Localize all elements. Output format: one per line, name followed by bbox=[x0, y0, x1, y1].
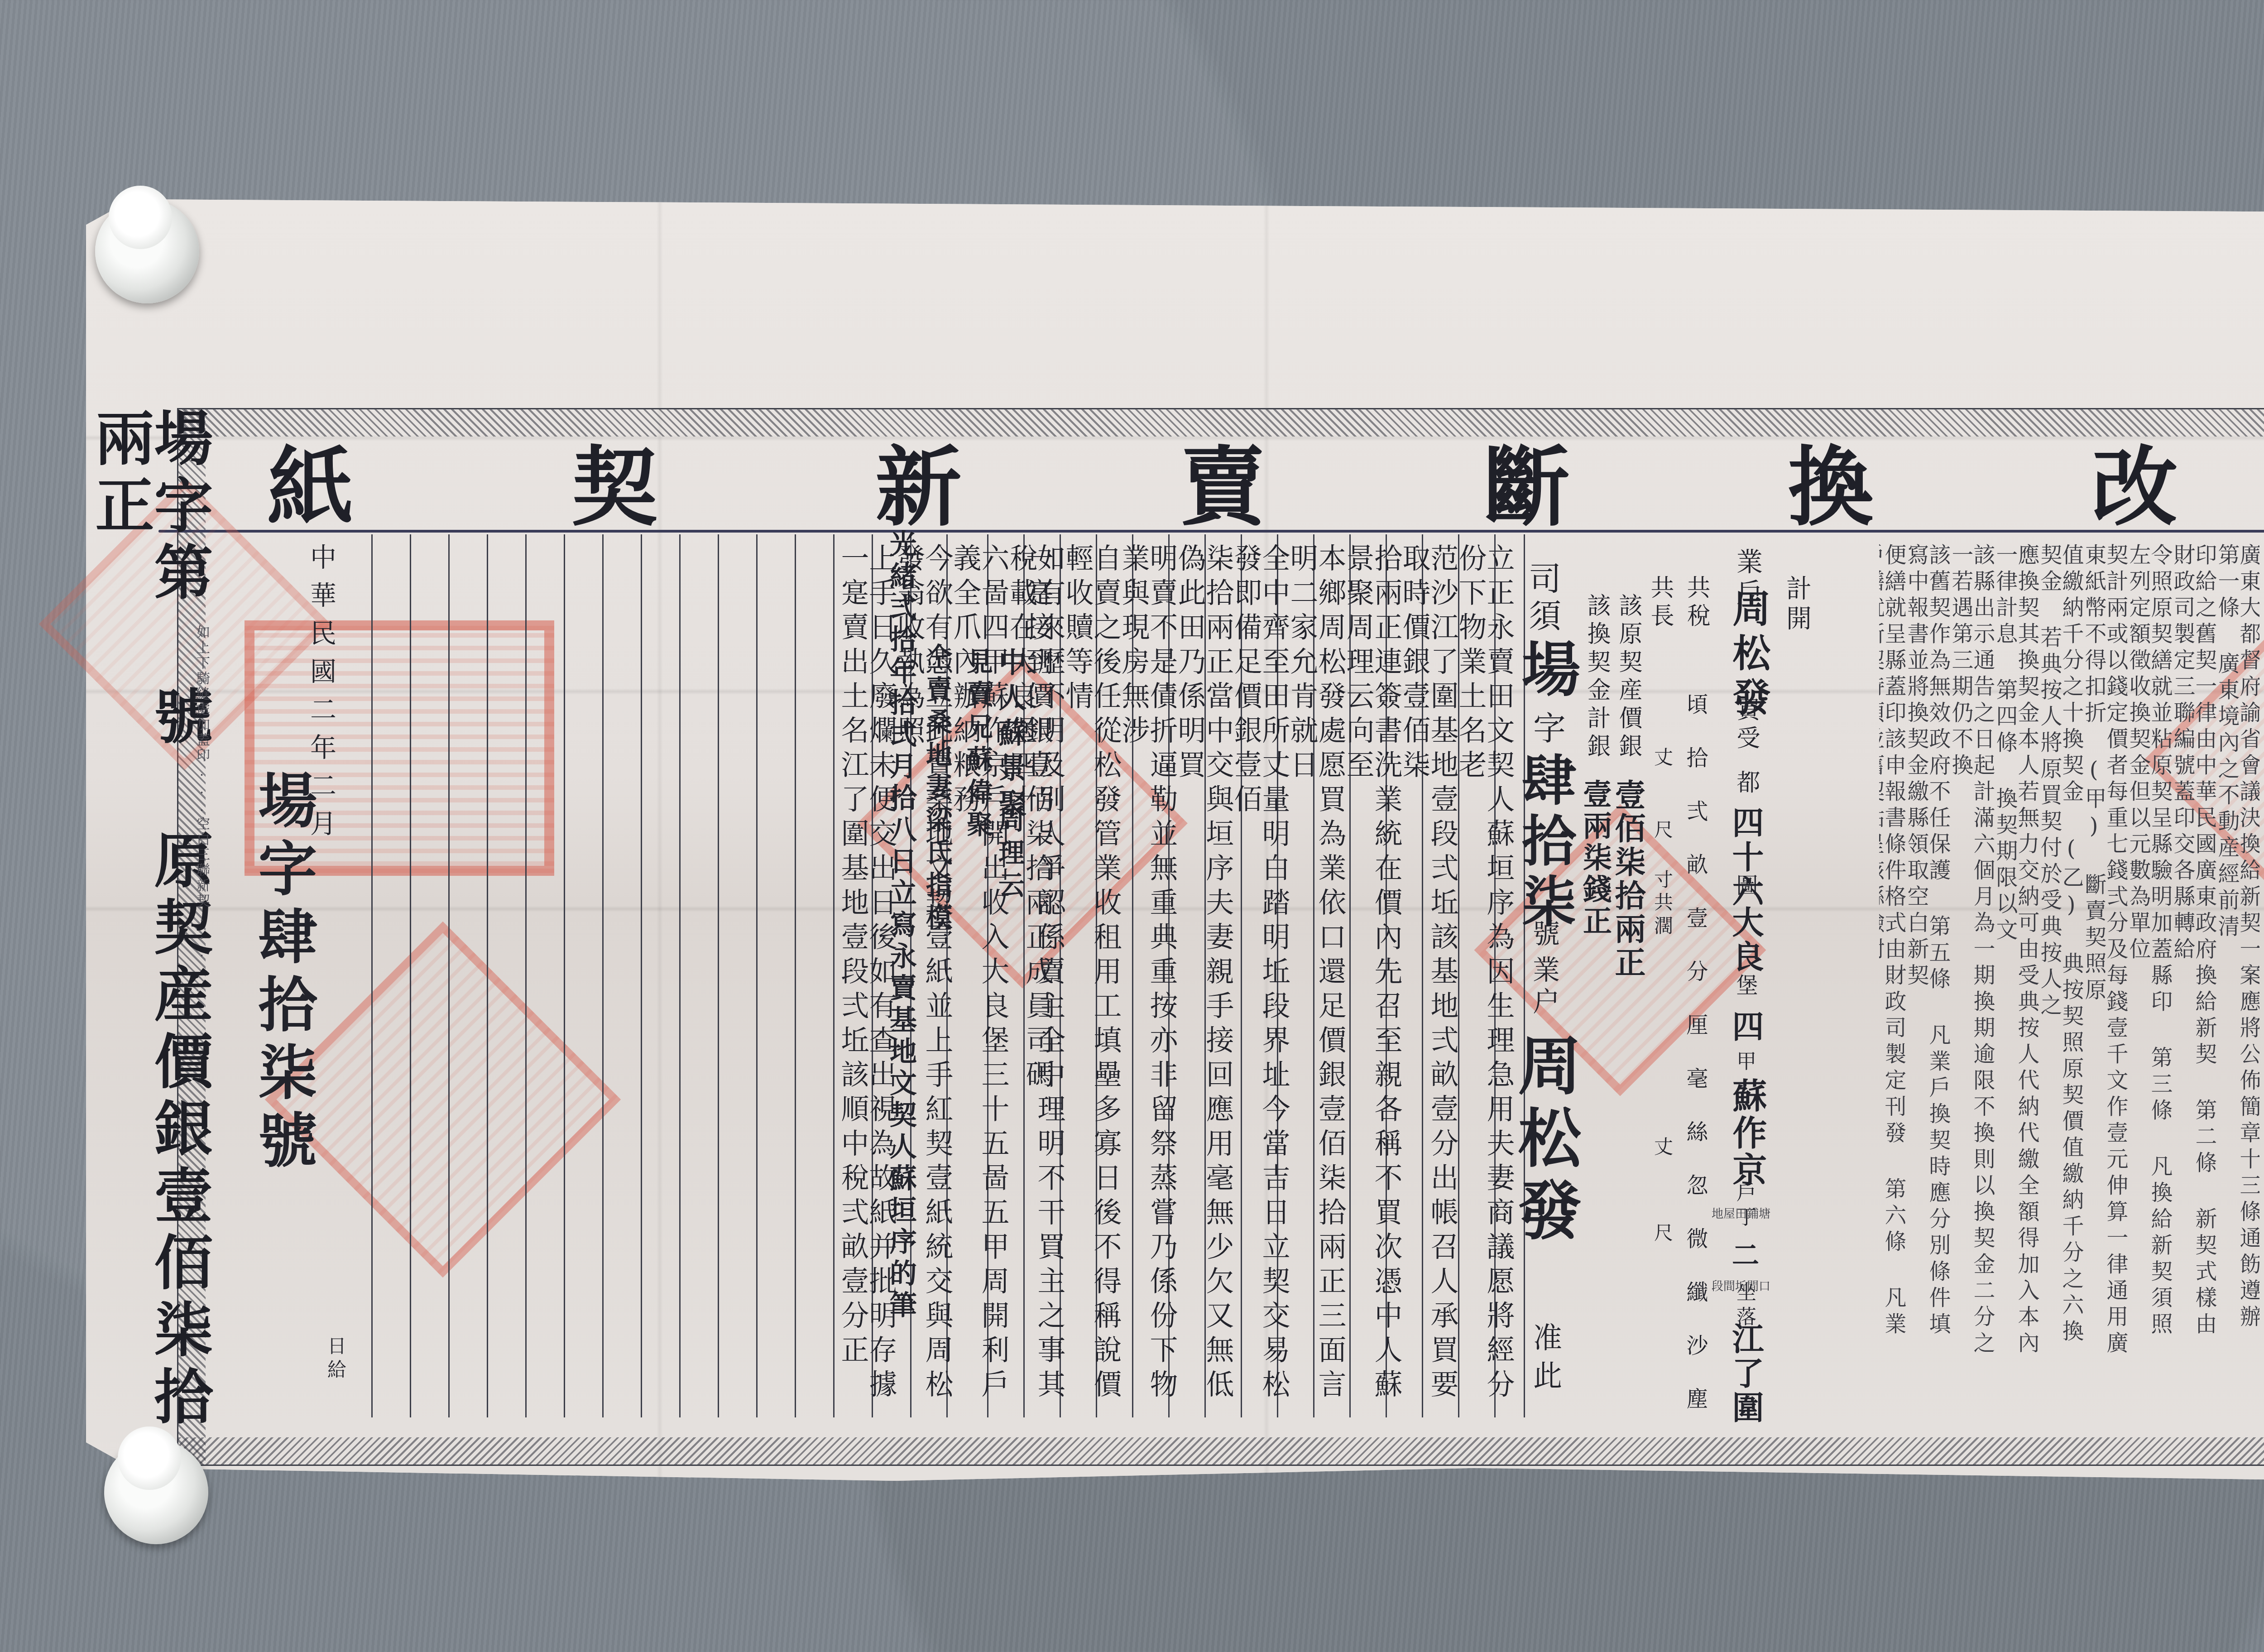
contract-column: 本鄉周松發處愿買為業依口還足價銀壹佰柒拾兩正三面言明二家允肯就日 bbox=[1288, 543, 1344, 1417]
title-char: 紙 bbox=[268, 418, 354, 542]
regulation-column: 值繳納千分之十換契金 (乙) 典按契照原契價值繳納千分之六換契金 若典按人將原買… bbox=[2039, 543, 2082, 1359]
jia-value: 四 bbox=[1730, 1010, 1761, 1042]
contract-column: 立正永賣田文契人蘇垣序為因生理急用夫妻商議愿將經分份下物業土名老 bbox=[1456, 543, 1512, 1417]
owner-name-large: 周松發 bbox=[1512, 1032, 1576, 1250]
contract-column: 拾兩正連簽書洗業統在價內先召至親各稱不買次憑中人蘇景聚周理云向至 bbox=[1344, 543, 1400, 1417]
type-labels: 地屋田鋪塘 bbox=[1712, 1205, 1770, 1221]
witness-wife: 仝賣桑地妻梁氏指模 bbox=[924, 643, 950, 936]
regulation-column: 該縣出示通告之日起計滿六個月為一期換期逾限不換則以換契金二分之一若遇第三期仍不換 bbox=[1950, 543, 1993, 1359]
buyer-verb: 買受 bbox=[1734, 697, 1758, 754]
pin-bottom-left bbox=[104, 1440, 208, 1544]
title-char: 斷 bbox=[1483, 418, 1569, 542]
witness-brother: 見賣兄蘇偉聚 bbox=[964, 648, 991, 843]
contract-column: 范沙江了圍基地壹段弍坵該基地弍畝壹分出帳召人承買要取時價銀壹佰柒 bbox=[1400, 543, 1456, 1417]
deed-title: 改 換 斷 賣 新 契 紙 bbox=[158, 421, 2264, 539]
regulation-column: 便繕就呈縣蓋印該申報書條件格式由財政司製定刊發 第六條 凡業戶繕就新契時須並舊契… bbox=[1879, 543, 1904, 1359]
title-char: 換 bbox=[1788, 418, 1874, 542]
contract-column: 一寔賣出土名江了圍基地壹段弍坵該順中稅弍畝壹分正 bbox=[839, 543, 867, 1417]
left-stub-text: 場字第 號 原契産價銀壹佰柒拾兩正 bbox=[91, 408, 208, 1449]
chi-unit: 尺 bbox=[1653, 1223, 1672, 1246]
regulation-column: 契計兩或以錢定價者每重七錢弍分及每錢壹千文作壹元伸算一律通用廣東紙幣不得扣折 (… bbox=[2083, 543, 2126, 1359]
jia-label: 甲 bbox=[1734, 1051, 1754, 1075]
tu-label: 圖 bbox=[1734, 874, 1756, 900]
regulation-column: 該舊契作為無效政府不任保護 第五條 凡業戶換契時應分別條件填寫中報書並將換契金繳… bbox=[1905, 543, 1949, 1359]
cun-unit: 寸 bbox=[1653, 869, 1672, 893]
tax-units: 頃拾弍畝壹分厘毫絲忽微纖沙塵 bbox=[1684, 693, 1706, 1441]
witness-middleman-2: 周理云 bbox=[996, 806, 1022, 904]
regulation-column: 令照原契繕就並粘原契呈縣驗明加蓋縣印 第三條 凡換給新契須照左列定額徵收換契金但… bbox=[2127, 543, 2171, 1359]
bao-label: 堡 bbox=[1734, 974, 1756, 1000]
contract-column: 自賣之後任從松發管業收租用工填壘多寡日後不得稱說價輕收贖等情 bbox=[1063, 543, 1119, 1417]
zhang-unit: 丈 bbox=[1653, 1137, 1672, 1160]
title-char: 新 bbox=[876, 418, 962, 542]
contract-column: 全中齊至田所丈量明白踏明坵段界址今當吉日立契交易松發即備足價銀壹佰 bbox=[1232, 543, 1288, 1417]
type-value: 二 bbox=[1730, 1241, 1757, 1268]
village-value: 大良 bbox=[1730, 906, 1761, 975]
chi-unit: 尺 bbox=[1653, 820, 1672, 843]
registry-code: 場 bbox=[1517, 639, 1576, 697]
contract-column: 明賣不是債折逼勒並無重典重按亦非留祭蒸嘗乃係份下物業與現房無涉 bbox=[1119, 543, 1175, 1417]
contract-column: 一寔接到價銀壹佰柒拾兩正成員司碼 bbox=[1023, 543, 1051, 1094]
registry-number: 肆拾柒 bbox=[1517, 752, 1571, 934]
registry-code-suffix: 字 bbox=[1530, 711, 1563, 748]
regulation-column: 印給之舊契一律由中華民國廣東政府換給新契 第二條 新契式樣由財政司製定三聯編號蓋… bbox=[2172, 543, 2215, 1359]
owner-label-2: 業户 bbox=[1530, 956, 1558, 1019]
tax-label: 共稅 bbox=[1684, 575, 1708, 631]
title-char: 契 bbox=[571, 418, 657, 542]
itemized-label: 計開 bbox=[1784, 575, 1809, 635]
exchange-fee-value: 壹兩柒錢正 bbox=[1580, 779, 1609, 937]
section-labels: 段間坵間口 bbox=[1712, 1277, 1770, 1294]
day-issued-label: 日給 bbox=[326, 1336, 345, 1383]
left-stub-note: 如上下騎縫處加蓋印...空白三聯新契... bbox=[195, 625, 208, 1395]
zhang-unit: 丈 bbox=[1653, 747, 1672, 771]
signature-mark: 場字肆拾柒號 bbox=[254, 770, 312, 1177]
number-suffix: 號 bbox=[1530, 919, 1558, 951]
pin-top-left bbox=[95, 199, 199, 303]
witness-middleman: 中人蘇景聚 bbox=[996, 648, 1024, 824]
original-price-label: 該原契産價銀 bbox=[1616, 593, 1640, 762]
title-char: 改 bbox=[2091, 418, 2178, 542]
title-char: 賣 bbox=[1180, 418, 1266, 542]
length-label: 共長 bbox=[1648, 575, 1672, 631]
regulation-column: 應換契其換契金本人若無力交納可由受典按人代納代繳全額得加入本內一律計息 第四條 … bbox=[1994, 543, 2038, 1359]
contract-column: 柒拾兩正當中交與垣序夫妻親手接回應用毫無少欠又無低偽此田乃係明買 bbox=[1175, 543, 1232, 1417]
regulation-column: 廣東大都督府諭省會議決換給新契一案應將公佈簡章十三條通飭遵辦 第一條 廣東境內之… bbox=[2216, 543, 2259, 1359]
contract-date: 光緒弍拾年拾弍月拾八日立寫永賣基地文契人蘇垣序的筆 bbox=[887, 530, 915, 1322]
contract-body: 立正永賣田文契人蘇垣序為因生理急用夫妻商議愿將經分份下物業土名老 范沙江了圍基地… bbox=[1041, 543, 1512, 1417]
width-label: 共濶 bbox=[1653, 892, 1672, 939]
du-label: 都 bbox=[1734, 770, 1758, 798]
regulation-text-block: 廣東大都督府諭省會議決換給新契一案應將公佈簡章十三條通飭遵辦 第一條 廣東境內之… bbox=[1879, 543, 2259, 1359]
place-value: 江了圍 bbox=[1730, 1322, 1761, 1426]
exchange-fee-label: 該換契金計銀 bbox=[1585, 593, 1608, 762]
title-underline bbox=[158, 530, 2264, 533]
original-price-value: 壹佰柒拾兩正 bbox=[1612, 779, 1643, 980]
registry-label: 司須 bbox=[1526, 562, 1559, 636]
hu-name: 蘇作京 bbox=[1730, 1078, 1764, 1189]
approval-note: 准此 bbox=[1530, 1322, 1559, 1398]
